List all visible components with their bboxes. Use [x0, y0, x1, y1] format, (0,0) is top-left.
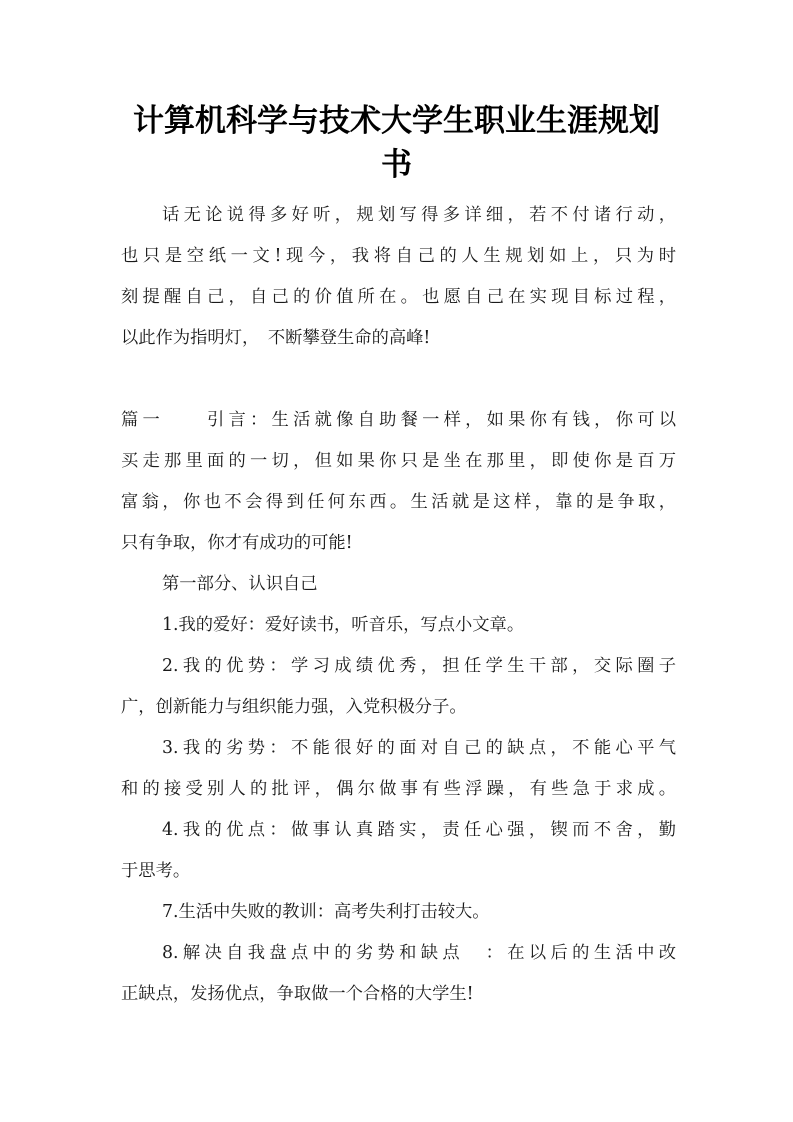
list-item-merits-continued: 于思考。 — [121, 859, 676, 883]
intro-paragraph-line: 刻提醒自己，自己的价值所在。也愿自己在实现目标过程， — [121, 285, 676, 309]
list-item-strengths-continued: 广，创新能力与组织能力强，入党积极分子。 — [121, 695, 676, 719]
list-item-weaknesses: 3.我的劣势：不能很好的面对自己的缺点，不能心平气 — [162, 736, 676, 760]
list-item-weaknesses-continued: 和的接受别人的批评，偶尔做事有些浮躁，有些急于求成。 — [121, 777, 676, 801]
chapter-one-paragraph-line: 只有争取，你才有成功的可能! — [121, 531, 676, 555]
document-page: 计算机科学与技术大学生职业生涯规划 书 话无论说得多好听，规划写得多详细，若不付… — [0, 0, 793, 1122]
section-heading: 第一部分、认识自己 — [162, 572, 676, 596]
document-title-line-1: 计算机科学与技术大学生职业生涯规划 — [110, 99, 683, 143]
chapter-one-paragraph-line: 富翁，你也不会得到任何东西。生活就是这样，靠的是争取， — [121, 490, 676, 514]
list-item-merits: 4.我的优点：做事认真踏实，责任心强，锲而不舍，勤 — [162, 818, 676, 842]
list-item-improvement-plan: 8.解决自我盘点中的劣势和缺点 ：在以后的生活中改 — [162, 941, 676, 965]
list-item-improvement-plan-continued: 正缺点，发扬优点，争取做一个合格的大学生! — [121, 982, 676, 1006]
intro-paragraph-line: 也只是空纸一文!现今，我将自己的人生规划如上，只为时 — [121, 244, 676, 268]
document-title-line-2: 书 — [110, 143, 683, 187]
intro-paragraph-line: 话无论说得多好听，规划写得多详细，若不付诸行动， — [162, 203, 676, 227]
list-item-hobbies: 1.我的爱好：爱好读书，听音乐，写点小文章。 — [162, 613, 676, 637]
intro-paragraph-line: 以此作为指明灯， 不断攀登生命的高峰! — [121, 326, 676, 350]
chapter-one-paragraph-line: 篇一 引言：生活就像自助餐一样，如果你有钱，你可以 — [121, 408, 676, 432]
list-item-failure-lessons: 7.生活中失败的教训：高考失利打击较大。 — [162, 900, 676, 924]
chapter-one-paragraph-line: 买走那里面的一切，但如果你只是坐在那里，即使你是百万 — [121, 449, 676, 473]
list-item-strengths: 2.我的优势：学习成绩优秀，担任学生干部，交际圈子 — [162, 654, 676, 678]
